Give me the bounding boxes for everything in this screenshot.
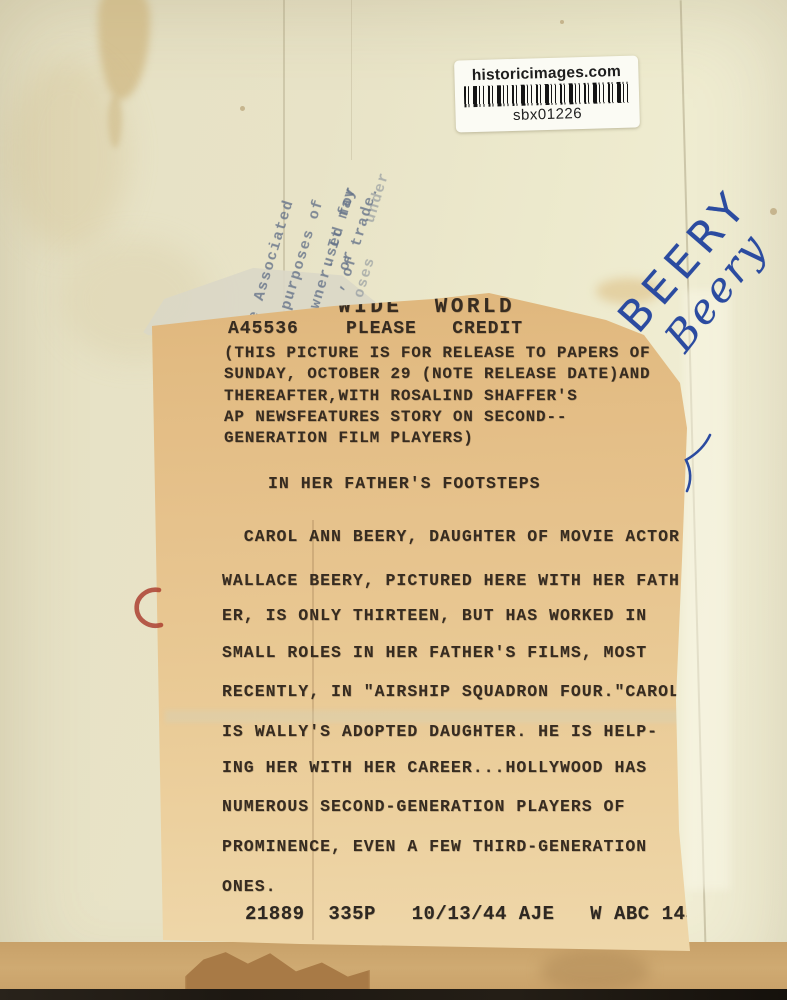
- red-crayon-mark: [126, 584, 174, 632]
- photo-back-scan: he Associated purposes of owner. It may …: [0, 0, 787, 1000]
- caption-body-line: ING HER WITH HER CAREER...HOLLYWOOD HAS: [222, 758, 647, 777]
- barcode-sticker: historicimages.com sbx01226: [454, 55, 640, 132]
- caption-footer-codes: 21889 335P 10/13/44 AJE W ABC 145: [245, 903, 697, 925]
- caption-body-line: ER, IS ONLY THIRTEEN, BUT HAS WORKED IN: [222, 606, 647, 625]
- paper-speck: [560, 20, 564, 24]
- caption-release-line: (THIS PICTURE IS FOR RELEASE TO PAPERS O…: [224, 344, 650, 362]
- caption-body-line: ONES.: [222, 877, 277, 896]
- caption-body-line: RECENTLY, IN "AIRSHIP SQUADRON FOUR."CAR…: [222, 682, 680, 701]
- paper-sheet-edge: [684, 290, 730, 890]
- caption-body-line: WALLACE BEERY, PICTURED HERE WITH HER FA…: [222, 571, 691, 590]
- caption-release-line: THEREAFTER,WITH ROSALIND SHAFFER'S: [224, 387, 578, 405]
- caption-headline: IN HER FATHER'S FOOTSTEPS: [268, 474, 541, 493]
- caption-body-line: IS WALLY'S ADOPTED DAUGHTER. HE IS HELP-: [222, 722, 658, 741]
- paper-crease: [283, 0, 285, 315]
- barcode-code-text: sbx01226: [513, 105, 583, 124]
- barcode-bars: [464, 82, 631, 108]
- paper-stain: [8, 60, 128, 250]
- caption-id-line: A45536 PLEASE CREDIT: [228, 319, 523, 339]
- paper-speck: [770, 208, 777, 215]
- caption-release-line: SUNDAY, OCTOBER 29 (NOTE RELEASE DATE)AN…: [224, 365, 650, 383]
- tape-residue-stain: [540, 950, 650, 992]
- caption-body-line: SMALL ROLES IN HER FATHER'S FILMS, MOST: [222, 643, 647, 662]
- caption-release-line: GENERATION FILM PLAYERS): [224, 429, 474, 447]
- paper-crease: [351, 0, 352, 160]
- paper-speck: [240, 106, 245, 111]
- caption-body-line: CAROL ANN BEERY, DAUGHTER OF MOVIE ACTOR: [222, 527, 680, 546]
- caption-release-line: AP NEWSFEATURES STORY ON SECOND--: [224, 408, 567, 426]
- caption-body-line: NUMEROUS SECOND-GENERATION PLAYERS OF: [222, 797, 625, 816]
- scan-dark-edge: [0, 989, 787, 1000]
- caption-body-line: PROMINENCE, EVEN A FEW THIRD-GENERATION: [222, 837, 647, 856]
- handwritten-pen-stroke: [680, 432, 714, 494]
